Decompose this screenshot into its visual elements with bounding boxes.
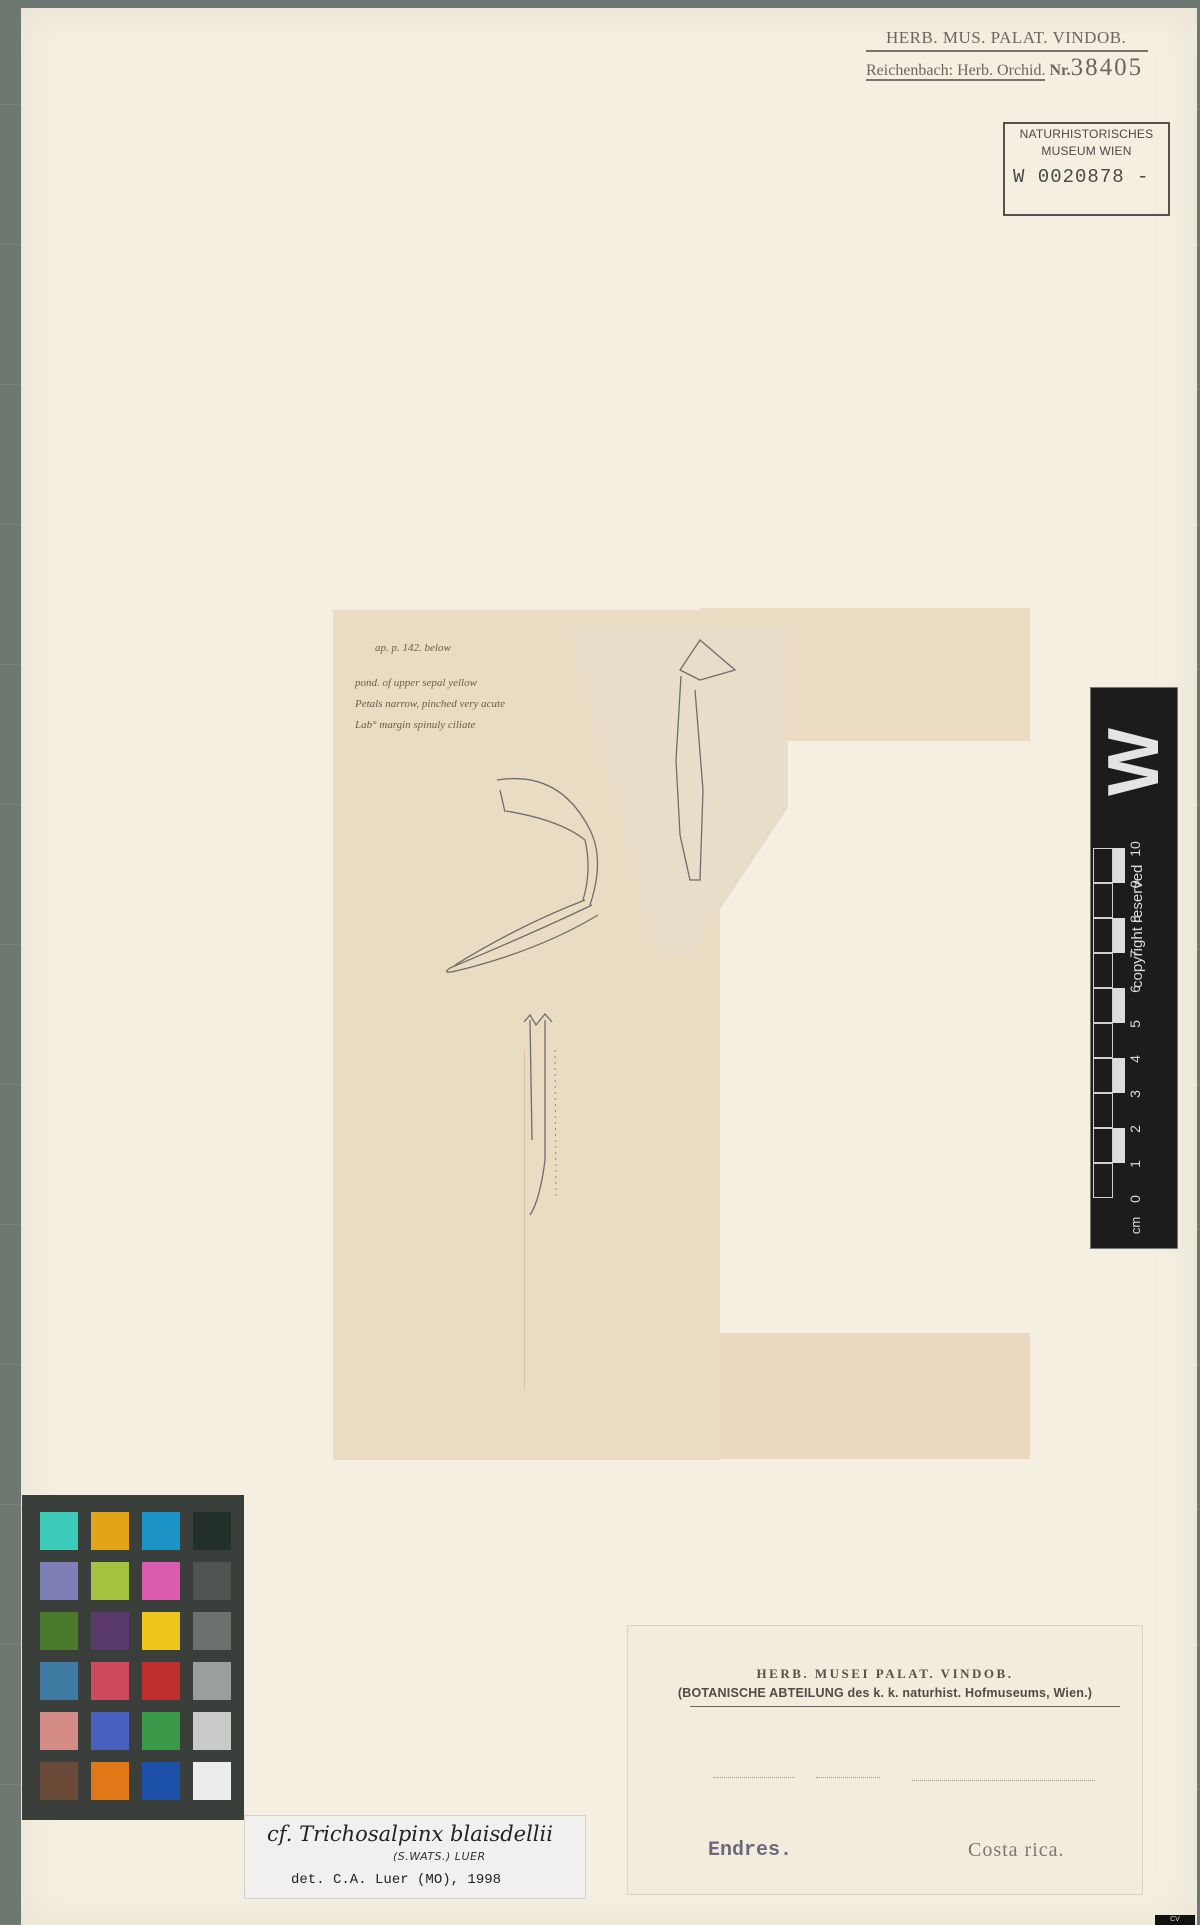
color-swatch — [91, 1712, 129, 1750]
tick — [1093, 1023, 1113, 1058]
blank-field — [713, 1777, 795, 1778]
tick-label: 2 — [1127, 1121, 1143, 1137]
color-swatch — [193, 1512, 231, 1550]
tick — [1093, 1093, 1113, 1128]
tick — [1093, 1128, 1113, 1163]
color-swatch — [91, 1662, 129, 1700]
color-swatch — [40, 1562, 78, 1600]
tick-label: 0 — [1127, 1191, 1143, 1207]
tick-fill — [1113, 1128, 1125, 1163]
color-swatch — [142, 1512, 180, 1550]
label-rule — [690, 1706, 1120, 1707]
color-swatch — [142, 1712, 180, 1750]
color-swatch — [40, 1512, 78, 1550]
color-swatch — [91, 1512, 129, 1550]
corner-logo: CV — [1155, 1915, 1195, 1925]
tick-label: 10 — [1127, 841, 1143, 857]
scale-ticks — [1093, 848, 1125, 1238]
herbarium-label: HERB. MUSEI PALAT. VINDOB. (BOTANISCHE A… — [627, 1625, 1143, 1895]
color-swatch — [142, 1562, 180, 1600]
color-swatch — [40, 1662, 78, 1700]
color-swatch — [193, 1712, 231, 1750]
tick-label: 4 — [1127, 1051, 1143, 1067]
determiner: det. C.A. Luer (MO), 1998 — [291, 1872, 501, 1888]
tick-fill — [1113, 988, 1125, 1023]
color-swatch — [193, 1612, 231, 1650]
color-swatch — [40, 1762, 78, 1800]
tick-label: 6 — [1127, 981, 1143, 997]
locality: Costa rica. — [968, 1839, 1065, 1862]
color-swatch — [91, 1612, 129, 1650]
taxon-name: cf. Trichosalpinx blaisdellii — [267, 1822, 553, 1846]
tick — [1093, 883, 1113, 918]
color-swatch — [142, 1662, 180, 1700]
tick-label: 7 — [1127, 946, 1143, 962]
taxon-authority: (S.WATS.) LUER — [393, 1850, 486, 1863]
label-header: HERB. MUSEI PALAT. VINDOB. — [628, 1666, 1142, 1682]
tick — [1093, 848, 1113, 883]
logo-w-icon: W — [1089, 730, 1179, 796]
color-swatch — [91, 1562, 129, 1600]
tick — [1093, 988, 1113, 1023]
scale-bar: W copyright reserved 10 9 8 7 6 5 4 3 2 … — [1090, 687, 1178, 1249]
color-swatch — [193, 1762, 231, 1800]
color-swatch — [193, 1662, 231, 1700]
tick-label: 9 — [1127, 876, 1143, 892]
tick — [1093, 1163, 1113, 1198]
color-calibration-chart — [22, 1495, 244, 1820]
tick-fill — [1113, 918, 1125, 953]
collector-name: Endres. — [708, 1839, 792, 1862]
tick — [1093, 918, 1113, 953]
tick-fill — [1113, 1058, 1125, 1093]
tick-label: 3 — [1127, 1086, 1143, 1102]
tick — [1093, 953, 1113, 988]
label-subheader: (BOTANISCHE ABTEILUNG des k. k. naturhis… — [628, 1686, 1142, 1700]
color-swatch — [40, 1712, 78, 1750]
tick-label: 5 — [1127, 1016, 1143, 1032]
blank-field — [912, 1780, 1095, 1781]
color-swatch — [40, 1612, 78, 1650]
color-swatch — [142, 1612, 180, 1650]
determination-label: cf. Trichosalpinx blaisdellii (S.WATS.) … — [244, 1815, 586, 1899]
tick-label: 8 — [1127, 911, 1143, 927]
blank-field — [816, 1777, 880, 1778]
color-swatch — [142, 1762, 180, 1800]
color-swatch — [91, 1762, 129, 1800]
tick — [1093, 1058, 1113, 1093]
tick-fill — [1113, 848, 1125, 883]
color-swatch — [193, 1562, 231, 1600]
tick-label: 1 — [1127, 1156, 1143, 1172]
unit-label: cm — [1128, 1217, 1143, 1234]
